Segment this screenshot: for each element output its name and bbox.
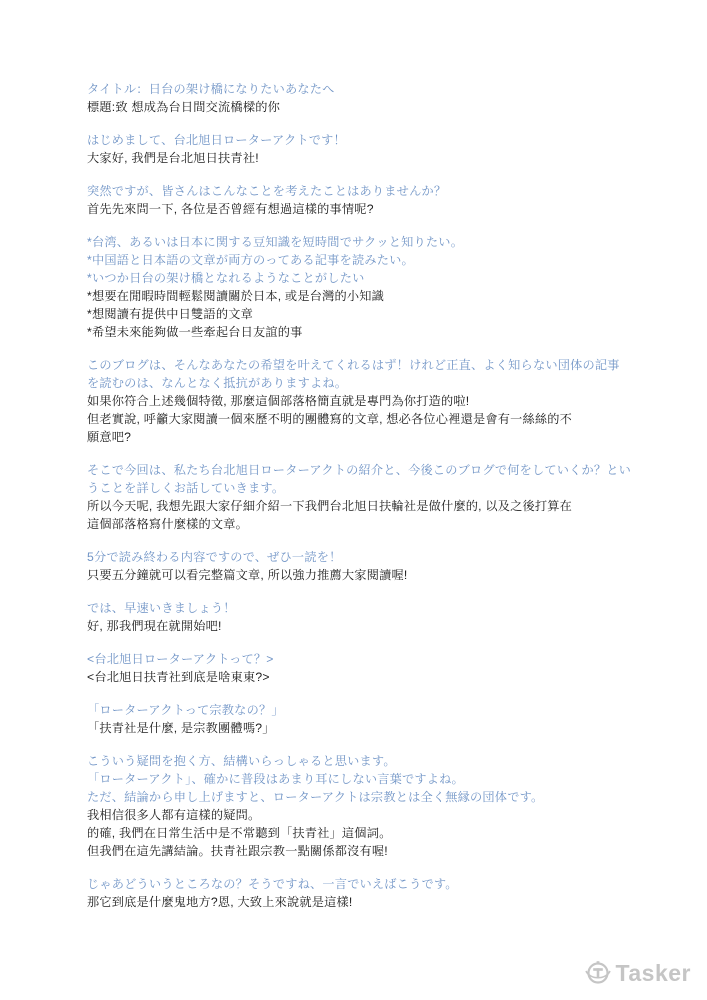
- text-line-zh: 所以今天呢, 我想先跟大家仔細介紹一下我們台北旭日扶輪社是做什麼的, 以及之後打…: [87, 497, 647, 515]
- text-line-zh: 願意吧?: [87, 428, 647, 446]
- text-line-ja: そこで今回は、私たち台北旭日ローターアクトの紹介と、今後このブログで何をしていく…: [87, 461, 647, 479]
- text-line-zh: *想要在閒暇時間輕鬆閱讀關於日本, 或是台灣的小知識: [87, 287, 647, 305]
- text-line-ja: このブログは、そんなあなたの希望を叶えてくれるはず！けれど正直、よく知らない団体…: [87, 356, 647, 374]
- text-line-ja: *いつか日台の架け橋となれるようなことがしたい: [87, 269, 647, 287]
- text-line-ja: *中国語と日本語の文章が両方のってある記事を読みたい。: [87, 251, 647, 269]
- text-line-ja: <台北旭日ローターアクトって？>: [87, 650, 647, 668]
- text-line-zh: 的確, 我們在日常生活中是不常聽到「扶青社」這個詞。: [87, 824, 647, 842]
- text-line-ja: うことを詳しくお話していきます。: [87, 479, 647, 497]
- text-line-zh: 好, 那我們現在就開始吧!: [87, 617, 647, 635]
- tasker-logo-icon: [583, 958, 613, 988]
- paragraph: では、早速いきましょう！好, 那我們現在就開始吧!: [87, 599, 647, 635]
- text-line-ja: はじめまして、台北旭日ローターアクトです！: [87, 131, 647, 149]
- text-line-ja: を読むのは、なんとなく抵抗がありますよね。: [87, 374, 647, 392]
- tasker-watermark-label: Tasker: [616, 960, 691, 987]
- text-line-ja: タイトル：日台の架け橋になりたいあなたへ: [87, 80, 647, 98]
- tasker-watermark: Tasker: [583, 958, 691, 988]
- text-line-zh: 但老實說, 呼籲大家閱讀一個來歷不明的團體寫的文章, 想必各位心裡還是會有一絲絲…: [87, 410, 647, 428]
- text-line-ja: 「ローターアクトって宗教なの？」: [87, 701, 647, 719]
- text-line-zh: 大家好, 我們是台北旭日扶青社!: [87, 149, 647, 167]
- text-line-zh: 那它到底是什麼鬼地方?恩, 大致上來說就是這樣!: [87, 893, 647, 911]
- paragraph: このブログは、そんなあなたの希望を叶えてくれるはず！けれど正直、よく知らない団体…: [87, 356, 647, 446]
- text-line-zh: 我相信很多人都有這樣的疑問。: [87, 806, 647, 824]
- text-line-zh: 標題:致 想成為台日間交流橋樑的你: [87, 98, 647, 116]
- text-line-ja: 「ローターアクト」、確かに普段はあまり耳にしない言葉ですよね。: [87, 770, 647, 788]
- text-line-ja: 5分で読み終わる内容ですので、ぜひ一読を！: [87, 548, 647, 566]
- paragraph: <台北旭日ローターアクトって？><台北旭日扶青社到底是啥東東?>: [87, 650, 647, 686]
- text-line-zh: 如果你符合上述幾個特徵, 那麼這個部落格簡直就是專門為你打造的啦!: [87, 392, 647, 410]
- paragraph: *台湾、あるいは日本に関する豆知識を短時間でサクッと知りたい。*中国語と日本語の…: [87, 233, 647, 341]
- text-line-zh: 這個部落格寫什麼樣的文章。: [87, 515, 647, 533]
- paragraph: 突然ですが、皆さんはこんなことを考えたことはありませんか？首先先來問一下, 各位…: [87, 182, 647, 218]
- text-line-zh: 「扶青社是什麼, 是宗教團體嗎?」: [87, 719, 647, 737]
- article-body: タイトル：日台の架け橋になりたいあなたへ標題:致 想成為台日間交流橋樑的你はじめ…: [87, 80, 647, 926]
- text-line-ja: じゃあどういうところなの？そうですね、一言でいえばこうです。: [87, 875, 647, 893]
- text-line-zh: 但我們在這先講結論。扶青社跟宗教一點關係都沒有喔!: [87, 842, 647, 860]
- text-line-zh: *希望未來能夠做一些牽起台日友誼的事: [87, 323, 647, 341]
- paragraph: こういう疑問を抱く方、結構いらっしゃると思います。「ローターアクト」、確かに普段…: [87, 752, 647, 860]
- paragraph: はじめまして、台北旭日ローターアクトです！大家好, 我們是台北旭日扶青社!: [87, 131, 647, 167]
- text-line-zh: <台北旭日扶青社到底是啥東東?>: [87, 668, 647, 686]
- text-line-ja: *台湾、あるいは日本に関する豆知識を短時間でサクッと知りたい。: [87, 233, 647, 251]
- paragraph: タイトル：日台の架け橋になりたいあなたへ標題:致 想成為台日間交流橋樑的你: [87, 80, 647, 116]
- text-line-ja: こういう疑問を抱く方、結構いらっしゃると思います。: [87, 752, 647, 770]
- paragraph: そこで今回は、私たち台北旭日ローターアクトの紹介と、今後このブログで何をしていく…: [87, 461, 647, 533]
- paragraph: 5分で読み終わる内容ですので、ぜひ一読を！只要五分鐘就可以看完整篇文章, 所以強…: [87, 548, 647, 584]
- text-line-zh: 首先先來問一下, 各位是否曾經有想過這樣的事情呢?: [87, 200, 647, 218]
- text-line-ja: 突然ですが、皆さんはこんなことを考えたことはありませんか？: [87, 182, 647, 200]
- text-line-ja: では、早速いきましょう！: [87, 599, 647, 617]
- paragraph: 「ローターアクトって宗教なの？」「扶青社是什麼, 是宗教團體嗎?」: [87, 701, 647, 737]
- text-line-zh: 只要五分鐘就可以看完整篇文章, 所以強力推薦大家閱讀喔!: [87, 566, 647, 584]
- text-line-ja: ただ、結論から申し上げますと、ローターアクトは宗教とは全く無縁の団体です。: [87, 788, 647, 806]
- paragraph: じゃあどういうところなの？そうですね、一言でいえばこうです。那它到底是什麼鬼地方…: [87, 875, 647, 911]
- text-line-zh: *想閱讀有提供中日雙語的文章: [87, 305, 647, 323]
